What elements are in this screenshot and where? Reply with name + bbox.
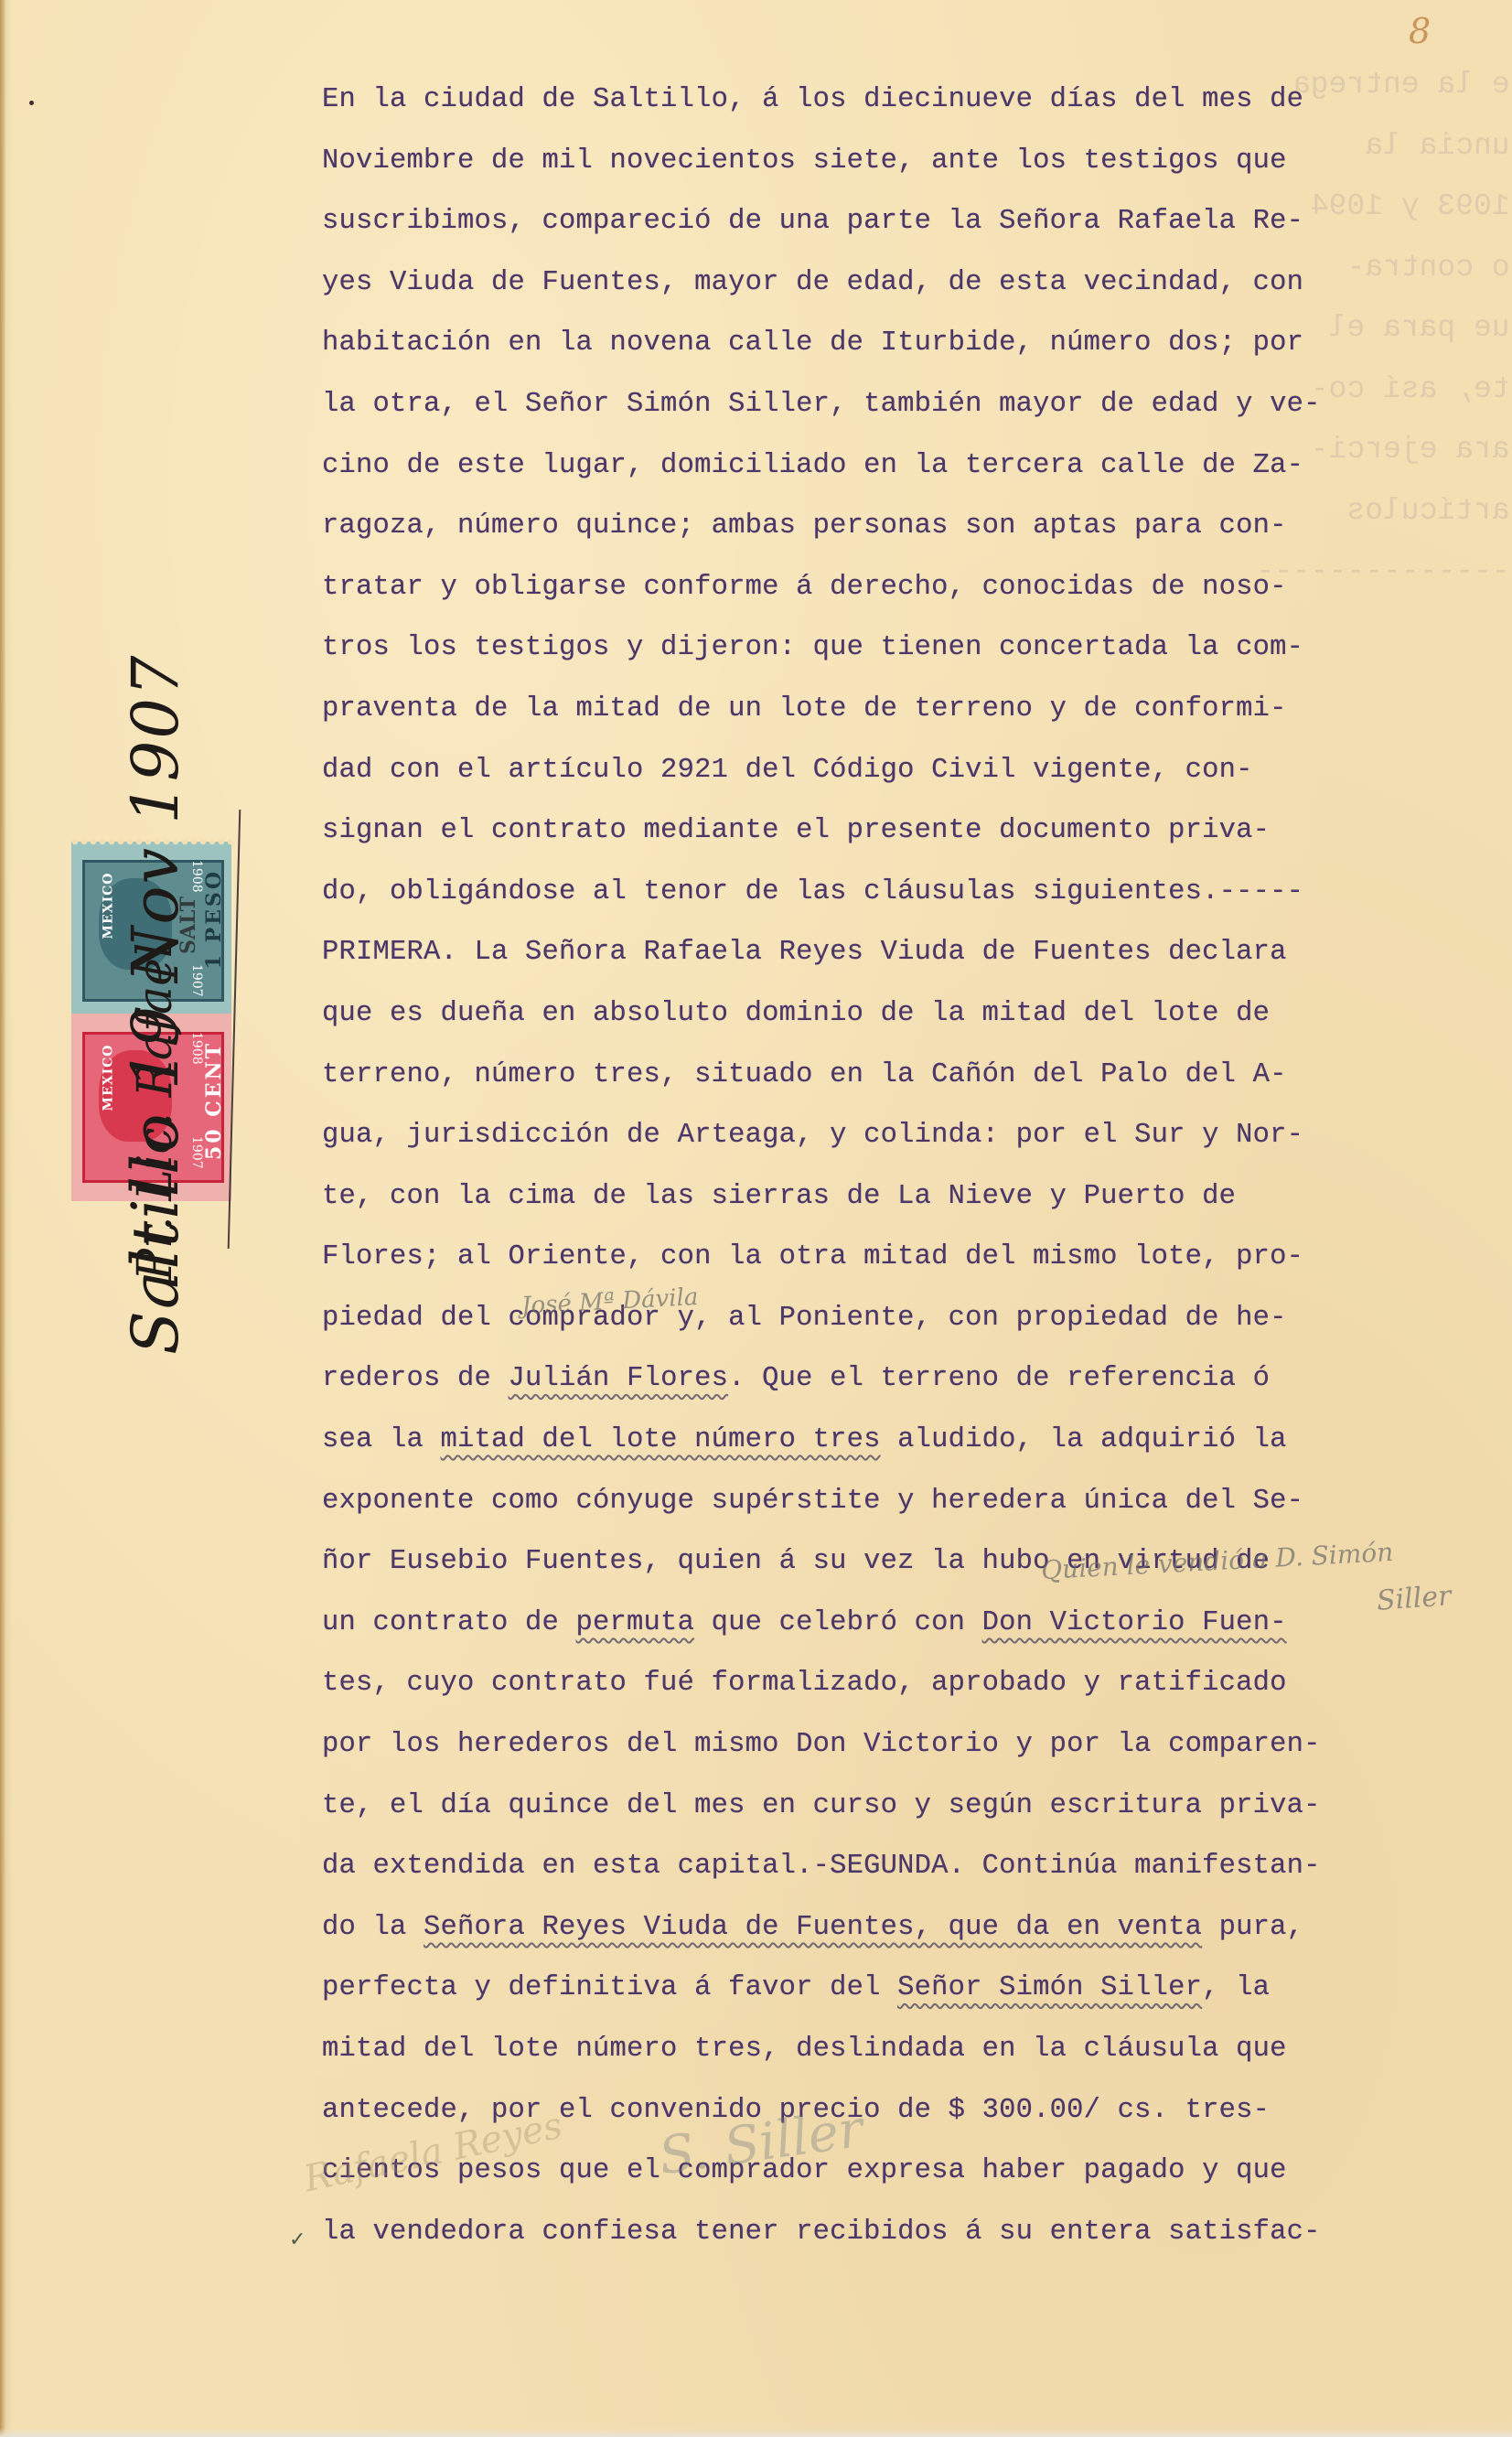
- text-line-underlined: un contrato de permuta que celebró con D…: [322, 1593, 1474, 1654]
- pencil-annotation-siller: Siller: [1376, 1580, 1453, 1617]
- text-segment: pura,: [1202, 1912, 1303, 1943]
- text-line: terreno, número tres, situado en la Cañó…: [322, 1045, 1474, 1106]
- underlined-phrase: permuta: [576, 1607, 695, 1638]
- text-line: En la ciudad de Saltillo, á los diecinue…: [322, 70, 1474, 131]
- text-line: signan el contrato mediante el presente …: [322, 800, 1474, 862]
- text-line: la vendedora confiesa tener recibidos á …: [322, 2202, 1474, 2263]
- text-line: piedad del comprador y, al Poniente, con…: [322, 1288, 1474, 1349]
- text-line: gua, jurisdicción de Arteaga, y colinda:…: [322, 1105, 1474, 1166]
- text-segment: . Que el terreno de referencia ó: [728, 1363, 1270, 1394]
- text-line: cino de este lugar, domiciliado en la te…: [322, 435, 1474, 497]
- underlined-phrase: Señor Simón Siller: [897, 1972, 1202, 2003]
- margin-signature-name: Pr. Lic. Rafael: [128, 732, 183, 1281]
- text-line: tes, cuyo contrato fué formalizado, apro…: [322, 1653, 1474, 1714]
- text-segment: un contrato de: [322, 1607, 576, 1638]
- underlined-phrase: Señora Reyes Viuda de Fuentes, que da en…: [424, 1912, 1202, 1943]
- underlined-phrase: mitad del lote número tres: [441, 1424, 881, 1455]
- text-line: tratar y obligarse conforme á derecho, c…: [322, 557, 1474, 618]
- text-line: Noviembre de mil novecientos siete, ante…: [322, 131, 1474, 192]
- text-segment: , la: [1202, 1972, 1270, 2003]
- text-line: dad con el artículo 2921 del Código Civi…: [322, 740, 1474, 801]
- text-segment: rederos de: [322, 1363, 509, 1394]
- text-line-underlined: rederos de Julián Flores. Que el terreno…: [322, 1348, 1474, 1410]
- text-segment: que celebró con: [694, 1607, 982, 1638]
- clause-primera-line: PRIMERA. La Señora Rafaela Reyes Viuda d…: [322, 922, 1474, 983]
- text-line: praventa de la mitad de un lote de terre…: [322, 679, 1474, 740]
- stamp-country: MEXICO: [101, 1045, 115, 1111]
- typewritten-body: En la ciudad de Saltillo, á los diecinue…: [322, 70, 1474, 2262]
- text-line: exponente como cónyuge supérstite y here…: [322, 1471, 1474, 1532]
- text-line-underlined: sea la mitad del lote número tres aludid…: [322, 1410, 1474, 1471]
- text-line: por los herederos del mismo Don Victorio…: [322, 1714, 1474, 1776]
- text-segment: aludido, la adquirió la: [881, 1424, 1287, 1455]
- stamp-value: 50 CENT: [202, 1041, 226, 1160]
- text-line: te, con la cima de las sierras de La Nie…: [322, 1166, 1474, 1228]
- text-line: te, el día quince del mes en curso y seg…: [322, 1776, 1474, 1837]
- text-line: ragoza, número quince; ambas personas so…: [322, 496, 1474, 557]
- text-line: tros los testigos y dijeron: que tienen …: [322, 617, 1474, 679]
- stamp-country: MEXICO: [101, 873, 115, 939]
- page-bottom-edge: [0, 2428, 1512, 2437]
- text-line: yes Viuda de Fuentes, mayor de edad, de …: [322, 252, 1474, 314]
- text-segment: perfecta y definitiva á favor del: [322, 1972, 897, 2003]
- text-line: la otra, el Señor Simón Siller, también …: [322, 374, 1474, 435]
- text-segment: sea la: [322, 1424, 441, 1455]
- text-line: habitación en la novena calle de Iturbid…: [322, 313, 1474, 374]
- stamp-value: 1 PESO: [202, 869, 226, 969]
- text-line-underlined: do la Señora Reyes Viuda de Fuentes, que…: [322, 1897, 1474, 1959]
- text-line-underlined: perfecta y definitiva á favor del Señor …: [322, 1958, 1474, 2019]
- text-segment: do la: [322, 1912, 424, 1943]
- clause-segunda-line: da extendida en esta capital.-SEGUNDA. C…: [322, 1836, 1474, 1897]
- text-line: do, obligándose al tenor de las cláusula…: [322, 862, 1474, 923]
- text-line: mitad del lote número tres, deslindada e…: [322, 2019, 1474, 2080]
- underlined-phrase: Don Victorio Fuen-: [982, 1607, 1287, 1638]
- text-line: Flores; al Oriente, con la otra mitad de…: [322, 1227, 1474, 1288]
- page-number: 8: [1409, 11, 1431, 51]
- text-line: que es dueña en absoluto dominio de la m…: [322, 983, 1474, 1045]
- check-mark-icon: ✓: [289, 2228, 306, 2251]
- underlined-phrase: Julián Flores: [509, 1363, 729, 1394]
- text-line: suscribimos, compareció de una parte la …: [322, 191, 1474, 252]
